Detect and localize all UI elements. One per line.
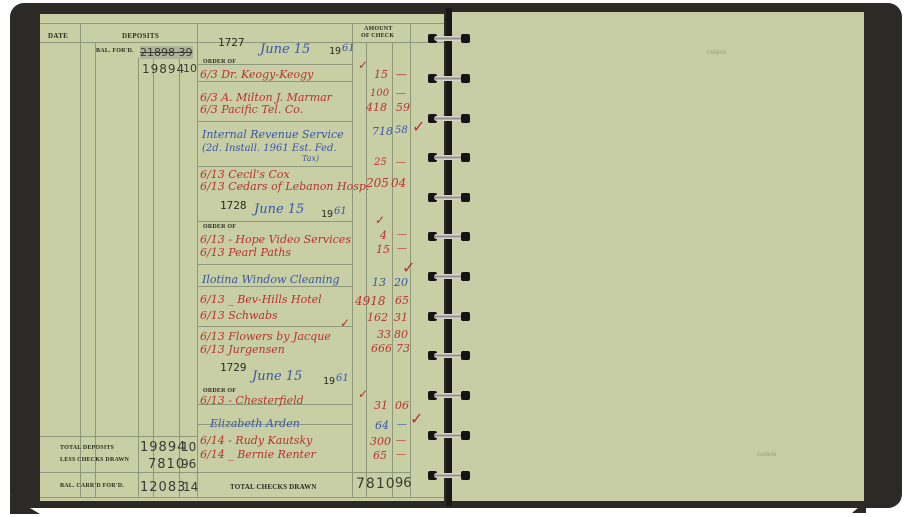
order-of-label: ORDER OF: [203, 59, 236, 65]
rule: [40, 436, 197, 437]
spiral-ring: [428, 193, 470, 202]
amount-dollars: 31: [374, 399, 388, 412]
payee: 6/13 - Chesterfield: [200, 394, 304, 407]
payee: (2d. Install. 1961 Est. Fed.: [202, 143, 337, 154]
check-year-prefix: 19: [321, 209, 333, 220]
amount-dollars: 718: [372, 125, 393, 138]
less-checks-cents: 96: [181, 457, 196, 471]
total-checks-drawn-cents: 96: [395, 476, 412, 491]
bal-carried-dollars: 12083: [140, 480, 186, 495]
check-date: June 15: [252, 369, 302, 384]
amount-cents: —: [396, 449, 406, 460]
order-of-label: ORDER OF: [203, 224, 236, 230]
amount-cents: —: [396, 157, 406, 168]
check-number: 1728: [220, 199, 247, 212]
amount-cents: —: [397, 229, 407, 240]
total-deposits-cents: 10: [181, 440, 196, 454]
check-mark-icon: ✓: [412, 117, 425, 136]
amount-dollars: 418: [366, 101, 387, 114]
deposits-header: DEPOSITS: [122, 32, 159, 40]
crossed-out-balance: 21898 39: [140, 46, 193, 59]
amount-cents: 58: [395, 125, 408, 136]
amount-cents: 73: [396, 342, 410, 355]
total-checks-drawn-dollars: 7810: [356, 476, 396, 492]
rule: [197, 121, 352, 122]
amount-dollars: 65: [373, 449, 387, 462]
payee: Tax): [302, 154, 319, 163]
spiral-ring: [428, 431, 470, 440]
payee: 6/13 Cedars of Lebanon Hosp.: [200, 180, 369, 193]
amount-cents: —: [396, 88, 406, 99]
spiral-ring: [428, 114, 470, 123]
faint-mark: ᴄᴀʀʙᴏɴ: [757, 452, 776, 458]
faint-mark: ᴄᴀʀʙᴏɴ: [707, 50, 726, 56]
check-mark-icon: ✓: [410, 409, 423, 428]
amount-header: AMOUNT: [364, 26, 393, 32]
payee: Ilotina Window Cleaning: [202, 273, 340, 286]
rule: [179, 58, 180, 498]
amount-dollars: 300: [370, 435, 391, 448]
payee: 6/3 Pacific Tel. Co.: [200, 103, 303, 116]
bal-forward-label: BAL. FOR'D.: [96, 48, 134, 54]
date-header: DATE: [48, 32, 68, 40]
payee: 6/13 Flowers by Jacque: [200, 330, 331, 343]
rule: [40, 23, 444, 24]
spiral-ring: [428, 312, 470, 321]
spiral-ring: [428, 272, 470, 281]
amount-dollars: 162: [367, 311, 388, 324]
amount-cents: 65: [395, 294, 409, 307]
amount-dollars: 15: [374, 68, 388, 81]
rule: [197, 221, 352, 222]
check-year-suffix: 61: [342, 43, 355, 54]
rule: [197, 326, 352, 327]
check-year-prefix: 19: [323, 376, 335, 387]
spiral-ring: [428, 34, 470, 43]
amount-cents: —: [397, 243, 407, 254]
amount-dollars: 25: [374, 157, 387, 168]
payee: 6/13 Schwabs: [200, 309, 278, 322]
amount-dollars: 205: [366, 176, 389, 190]
spiral-ring: [428, 391, 470, 400]
rule: [197, 81, 352, 82]
rule: [40, 472, 197, 473]
amount-cents: 20: [394, 276, 408, 289]
cover-corner: [852, 501, 866, 513]
rule: [40, 497, 444, 498]
amount-cents: —: [396, 435, 406, 446]
amount-dollars: 64: [375, 419, 389, 432]
payee: Elizabeth Arden: [210, 417, 300, 430]
check-mark-icon: ✓: [402, 258, 415, 277]
bal-carried-forward-label: BAL. CARR'D FOR'D.: [60, 483, 124, 489]
total-checks-drawn-label: TOTAL CHECKS DRAWN: [230, 483, 317, 491]
amount-cents: 04: [391, 176, 406, 190]
payee: 6/3 Dr. Keogy-Keogy: [200, 68, 313, 81]
rule: [352, 23, 353, 497]
amount-dollars: 33: [377, 328, 391, 341]
check-year-suffix: 61: [334, 206, 347, 217]
rule: [197, 264, 352, 265]
rule: [197, 166, 352, 167]
check-year-suffix: 61: [336, 373, 349, 384]
rule: [197, 286, 352, 287]
ledger-page: DATE DEPOSITS AMOUNT OF CHECK BAL. FOR'D…: [40, 14, 444, 501]
amount-dollars: 15: [376, 243, 390, 256]
check-year-prefix: 19: [329, 46, 341, 57]
blank-page: ᴄᴀʀʙᴏɴ ᴄᴀʀʙᴏɴ: [452, 12, 864, 501]
check-mark-icon: ✓: [358, 58, 368, 72]
amount-cents: 31: [394, 311, 408, 324]
rule: [138, 58, 139, 498]
spiral-ring: [428, 153, 470, 162]
less-checks-drawn-label: LESS CHECKS DRAWN: [60, 457, 129, 463]
amount-dollars: 100: [370, 88, 389, 99]
rule: [80, 23, 81, 497]
amount-header-line2: OF CHECK: [361, 33, 394, 39]
check-mark-icon: ✓: [375, 213, 385, 227]
balance-forward-dollars: 19894: [142, 62, 185, 76]
rule: [197, 23, 198, 497]
spiral-ring: [428, 74, 470, 83]
amount-dollars: 4: [380, 229, 387, 242]
rule: [95, 42, 96, 497]
spiral-ring: [428, 351, 470, 360]
amount-cents: 80: [394, 328, 408, 341]
spiral-ring: [428, 471, 470, 480]
check-mark-icon: ✓: [340, 316, 350, 330]
bal-carried-cents: 14: [183, 480, 198, 494]
payee: 6/14 - Rudy Kautsky: [200, 434, 312, 447]
check-number: 1727: [218, 36, 245, 49]
payee: 6/13 Pearl Paths: [200, 246, 291, 259]
check-mark-icon: ✓: [358, 387, 368, 401]
check-number: 1729: [220, 361, 247, 374]
amount-cents: 06: [395, 399, 409, 412]
amount-dollars: 666: [371, 342, 392, 355]
rule: [153, 58, 154, 498]
amount-dollars: 13: [372, 276, 386, 289]
total-deposits-dollars: 19894: [140, 440, 186, 455]
spiral-ring: [428, 232, 470, 241]
amount-cents: —: [397, 419, 407, 430]
amount-cents: —: [396, 68, 407, 81]
rule: [197, 472, 410, 473]
payee: 6/13 - Hope Video Services: [200, 233, 351, 246]
check-date: June 15: [260, 42, 310, 57]
balance-forward-cents: 10: [183, 62, 197, 75]
rule: [392, 42, 393, 497]
amount-dollars: 4918: [355, 294, 386, 308]
payee: 6/13 Jurgensen: [200, 343, 285, 356]
check-date: June 15: [254, 202, 304, 217]
payee: 6/14 _ Bernie Renter: [200, 448, 316, 461]
amount-cents: 59: [396, 101, 410, 114]
payee: 6/13 _ Bev-Hills Hotel: [200, 293, 322, 306]
total-deposits-label: TOTAL DEPOSITS: [60, 445, 114, 451]
cover-corner: [10, 496, 40, 514]
less-checks-dollars: 7810: [148, 457, 185, 472]
payee: Internal Revenue Service: [202, 128, 344, 141]
